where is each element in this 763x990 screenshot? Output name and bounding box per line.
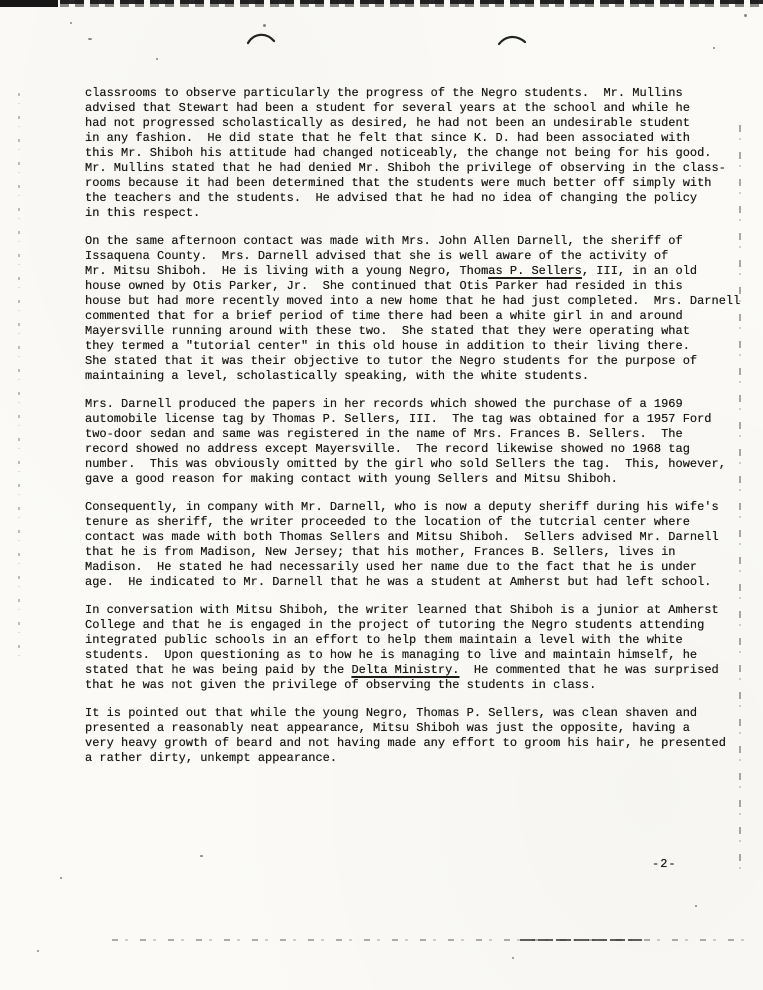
ink-speck: [156, 58, 158, 60]
paragraph-text: classrooms to observe particularly the p…: [85, 86, 726, 220]
scan-edge-top: [0, 0, 763, 7]
paragraph-tutorial-center-visit: Consequently, in company with Mr. Darnel…: [85, 500, 763, 590]
ink-speck: [695, 905, 697, 907]
paragraph-darnell-contact: On the same afternoon contact was made w…: [85, 234, 763, 384]
ink-speck: [200, 855, 203, 857]
scan-line-bottom: [112, 939, 752, 941]
scanned-document-page: classrooms to observe particularly the p…: [0, 0, 763, 990]
page-number: -2-: [652, 857, 677, 872]
ink-speck: [744, 14, 747, 17]
paragraph-mullins-interview: classrooms to observe particularly the p…: [85, 86, 763, 221]
scan-edge-top-left: [0, 0, 58, 7]
paragraph-text: Consequently, in company with Mr. Darnel…: [85, 500, 719, 589]
paragraph-text: Mrs. Darnell produced the papers in her …: [85, 397, 726, 486]
paragraph-appearance-note: It is pointed out that while the young N…: [85, 706, 763, 766]
underlined-delta-ministry: Delta Ministry.: [351, 663, 459, 677]
paragraph-shiboh-conversation: In conversation with Mitsu Shiboh, the w…: [85, 603, 763, 693]
ink-speck: [70, 22, 72, 24]
ink-speck: [512, 957, 514, 959]
document-text: classrooms to observe particularly the p…: [85, 86, 763, 779]
arc-mark-right: [497, 33, 527, 46]
ink-speck: [88, 38, 92, 40]
paragraph-text: , III, in an old house owned by Otis Par…: [85, 264, 740, 383]
paragraph-text: It is pointed out that while the young N…: [85, 706, 726, 765]
ink-speck: [263, 24, 266, 27]
scan-line-left: [18, 93, 20, 665]
scan-line-bottom-dark: [520, 939, 642, 941]
ink-speck: [713, 47, 715, 49]
ink-speck: [37, 950, 39, 952]
underlined-sellers-name: as P. Sellers: [488, 264, 582, 278]
ink-speck: [60, 877, 62, 879]
paragraph-license-tag: Mrs. Darnell produced the papers in her …: [85, 397, 763, 487]
arc-mark-left: [246, 31, 276, 45]
